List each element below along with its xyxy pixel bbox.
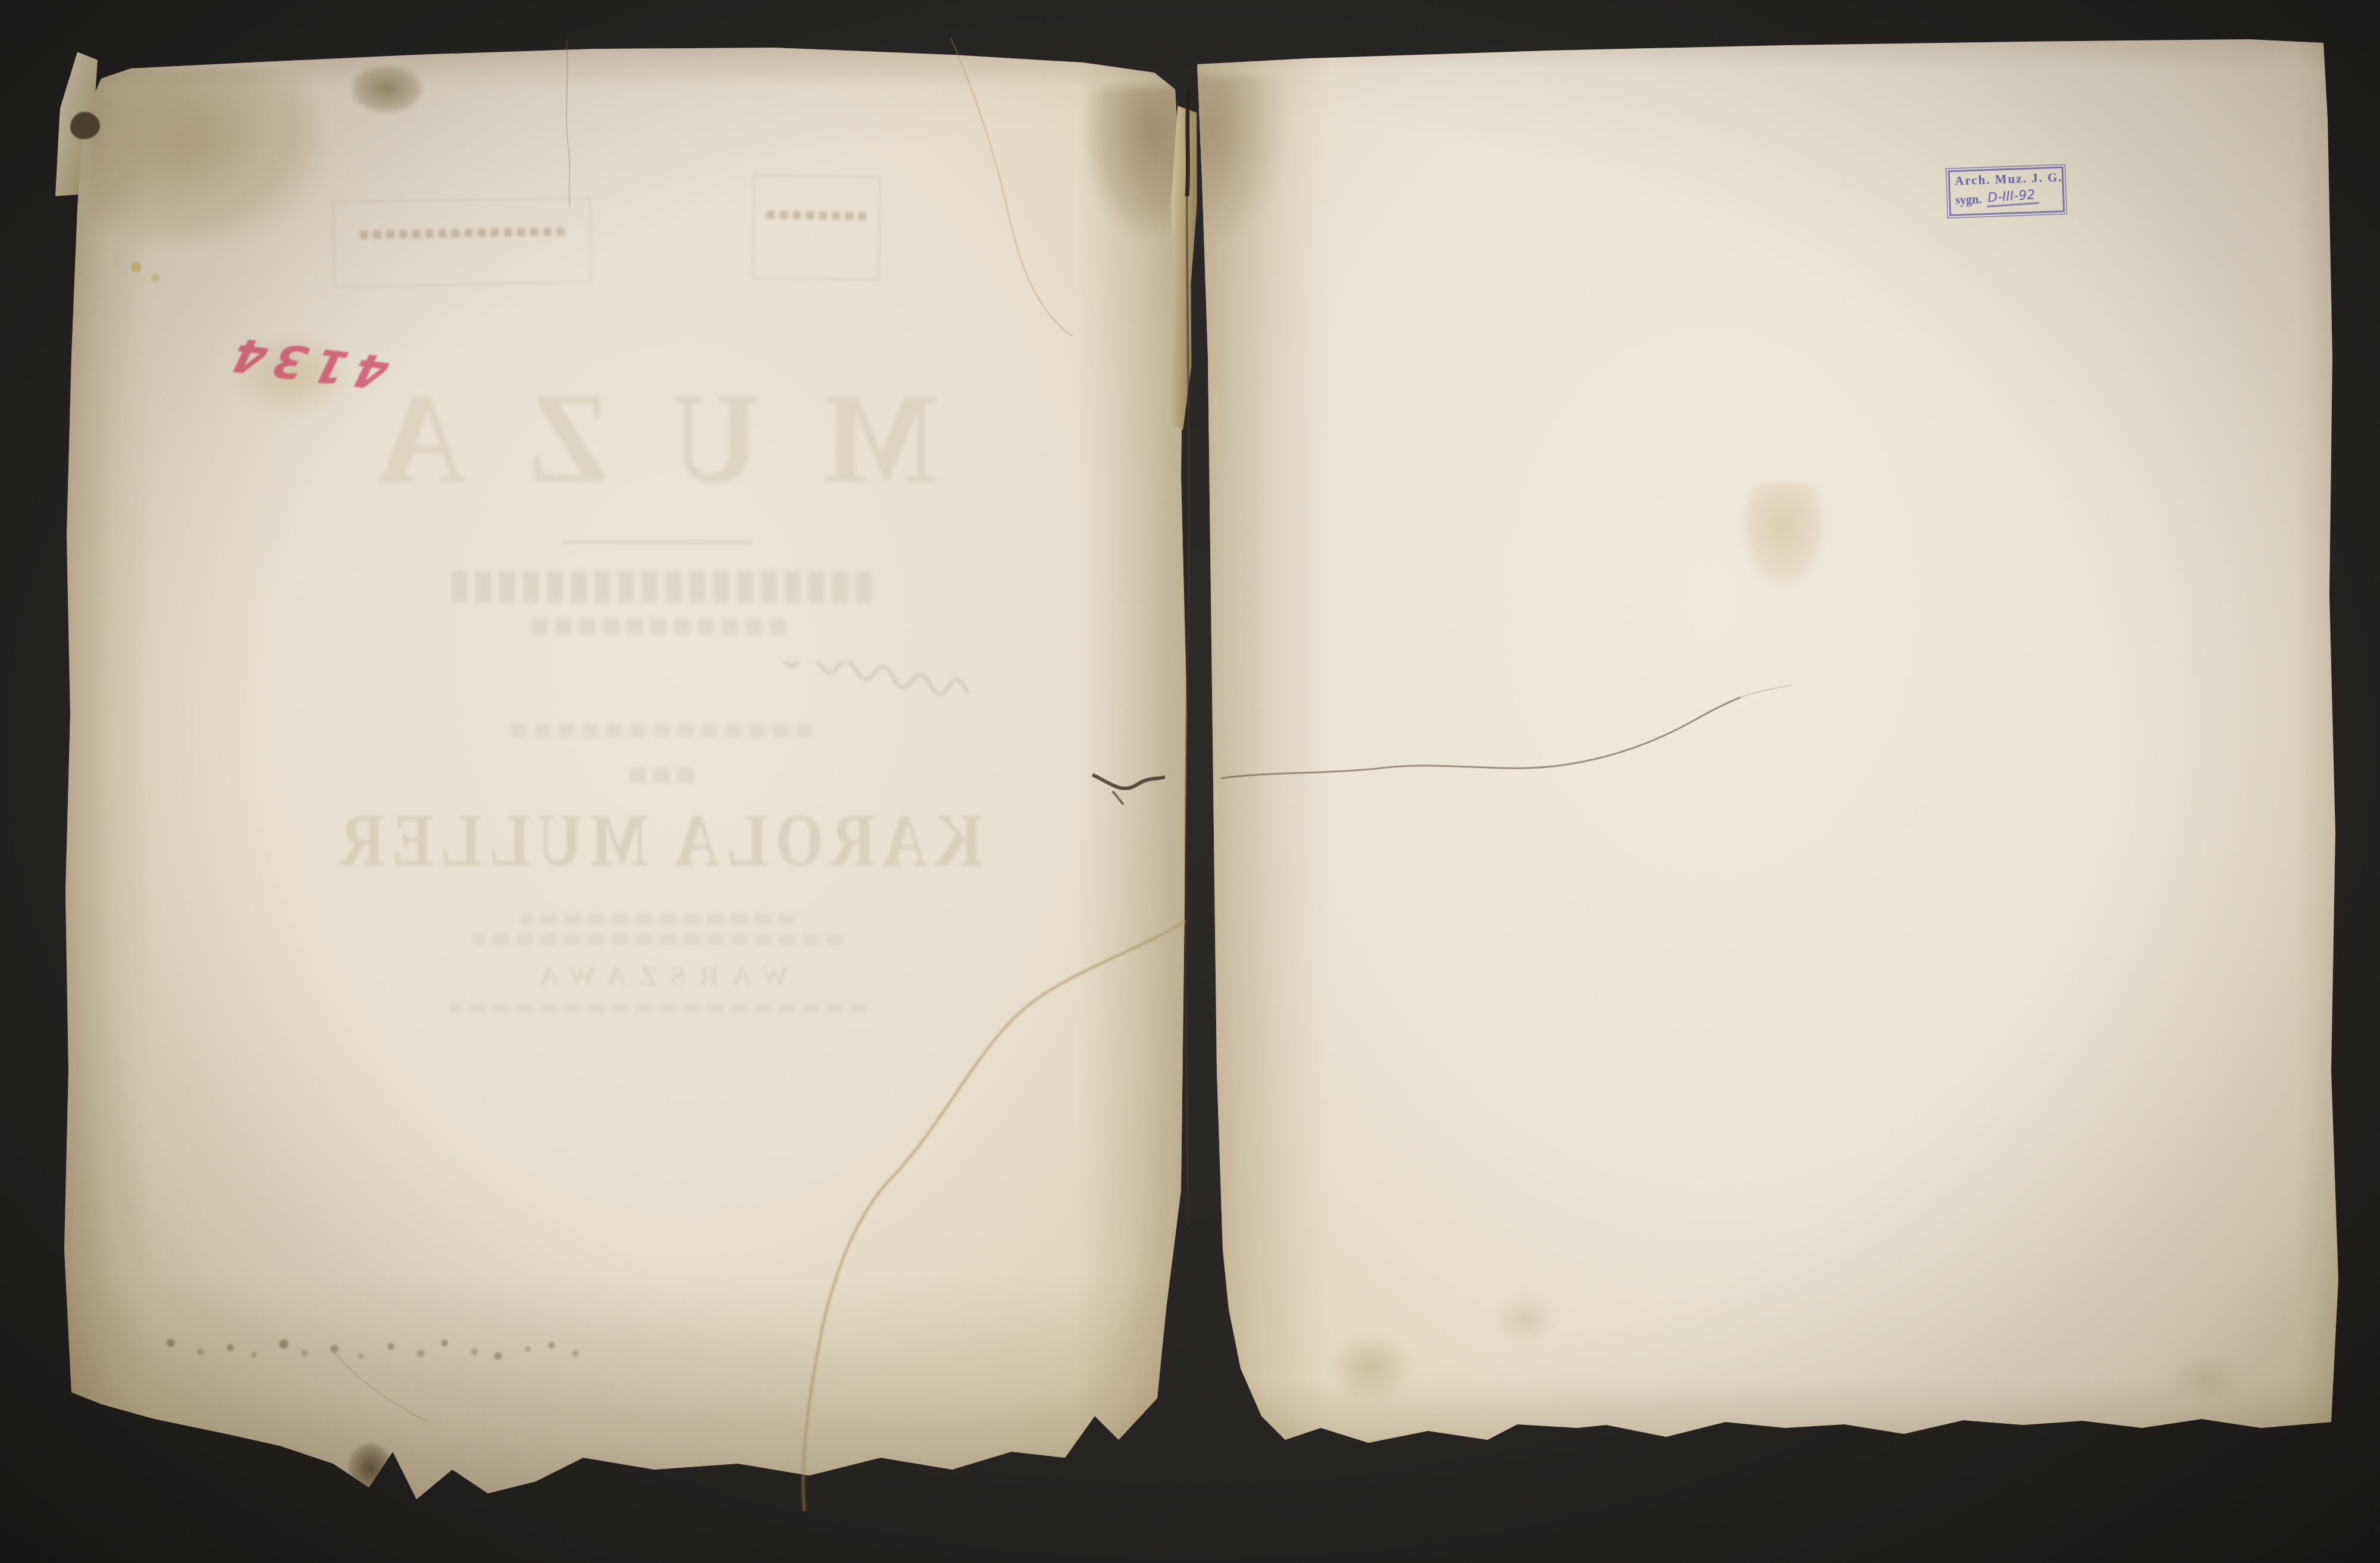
- left-page-top-shading: [62, 36, 1190, 89]
- stain: [1740, 484, 1827, 588]
- right-page-spine-shading: [1193, 35, 1330, 1451]
- bleedthrough-title-page: MUZA KAROLA MULLER WARSZAWA: [211, 369, 1104, 1013]
- ghost-author-text: KAROLA MULLER: [247, 798, 1068, 884]
- stain: [229, 330, 354, 419]
- left-page-edge-shading: [62, 36, 152, 1501]
- ghost-stamp-lines: [766, 210, 866, 220]
- stain: [351, 65, 422, 113]
- illegible-ghost-line: [473, 934, 842, 945]
- right-page-edge-shading: [2297, 35, 2344, 1451]
- faint-handwriting-traces: [164, 1318, 592, 1389]
- archive-stamp-line1: Arch. Muz. J. G.: [1955, 170, 2058, 189]
- illegible-ghost-line: [530, 619, 785, 634]
- archive-stamp-sygn-label: sygn.: [1955, 193, 1982, 208]
- illegible-ghost-line: [503, 724, 812, 737]
- illegible-ghost-line: [443, 571, 872, 602]
- stain: [1493, 1293, 1559, 1346]
- ghost-rule: [562, 540, 753, 544]
- illegible-ghost-line: [521, 914, 794, 925]
- stain: [89, 68, 327, 247]
- ghost-title-text: MUZA: [211, 365, 1104, 513]
- archive-stamp-sygn-value: D-III-92: [1986, 187, 2039, 208]
- ghost-stamp-impression: [751, 174, 881, 280]
- ghost-stamp-lines: [360, 227, 565, 239]
- stain: [122, 253, 170, 289]
- book-scan-background: MUZA KAROLA MULLER WARSZAWA 4134: [0, 0, 2380, 1563]
- illegible-ghost-line: [449, 1004, 866, 1013]
- right-page: Arch. Muz. J. G. sygn. D-III-92: [1193, 35, 2344, 1451]
- stain: [2169, 1355, 2246, 1403]
- right-page-top-shading: [1193, 35, 2344, 70]
- left-page-bottom-shading: [62, 1274, 1190, 1501]
- illegible-ghost-line: [622, 768, 693, 782]
- illegible-ghost-script-line: [211, 662, 1104, 712]
- left-page: MUZA KAROLA MULLER WARSZAWA 4134: [62, 36, 1190, 1501]
- stain: [1196, 76, 1285, 243]
- stain: [1327, 1332, 1416, 1403]
- stain: [449, 1496, 482, 1523]
- ghost-stamp-impression: [333, 197, 592, 287]
- archive-stamp: Arch. Muz. J. G. sygn. D-III-92: [1948, 167, 2065, 217]
- ghost-imprint-text: WARSZAWA: [211, 960, 1104, 992]
- red-inscription: 4134: [214, 326, 399, 399]
- right-page-bottom-shading: [1193, 1379, 2344, 1451]
- stain: [348, 1443, 393, 1493]
